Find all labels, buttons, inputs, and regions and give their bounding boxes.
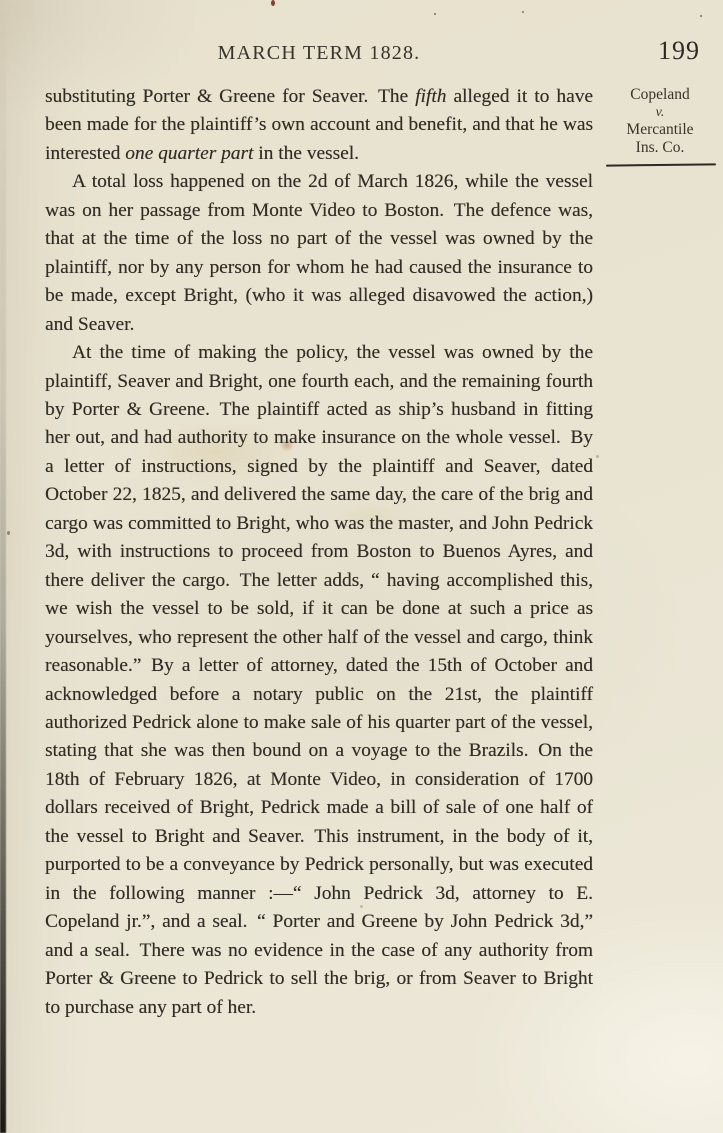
text-run: substituting Porter & Greene for Seaver.… (45, 86, 415, 107)
case-report-text: substituting Porter & Greene for Seaver.… (45, 83, 593, 1022)
text-run: A total loss happened on the 2d of March… (45, 171, 593, 334)
paper-speck (7, 531, 10, 535)
paper-speck (434, 13, 436, 15)
paragraph: A total loss happened on the 2d of March… (45, 168, 593, 339)
running-head-title: MARCH TERM 1828. (45, 42, 593, 65)
margin-note-line: Mercantile (599, 121, 721, 139)
margin-note-line: Copeland (599, 86, 721, 104)
text-run: At the time of making the policy, the ve… (45, 342, 593, 1017)
paragraph: substituting Porter & Greene for Seaver.… (45, 83, 593, 168)
margin-note-line: v. (599, 104, 721, 122)
paper-speck (700, 15, 702, 17)
margin-note-rule (606, 163, 716, 167)
case-name-margin-note: Copelandv.MercantileIns. Co. (599, 86, 721, 166)
page-number: 199 (650, 36, 708, 66)
text-run: in the vessel. (253, 143, 359, 164)
paragraph: At the time of making the policy, the ve… (45, 339, 593, 1022)
paper-speck (522, 11, 524, 13)
page-edge-shadow (0, 0, 6, 1133)
italic-run: one quarter part (125, 143, 253, 164)
italic-run: fifth (415, 86, 446, 107)
paper-speck (596, 455, 599, 458)
margin-note-lines: Copelandv.MercantileIns. Co. (599, 86, 721, 156)
margin-note-line: Ins. Co. (599, 139, 721, 157)
paper-speck (271, 0, 275, 6)
book-page: MARCH TERM 1828. 199 Copelandv.Mercantil… (0, 0, 723, 1133)
